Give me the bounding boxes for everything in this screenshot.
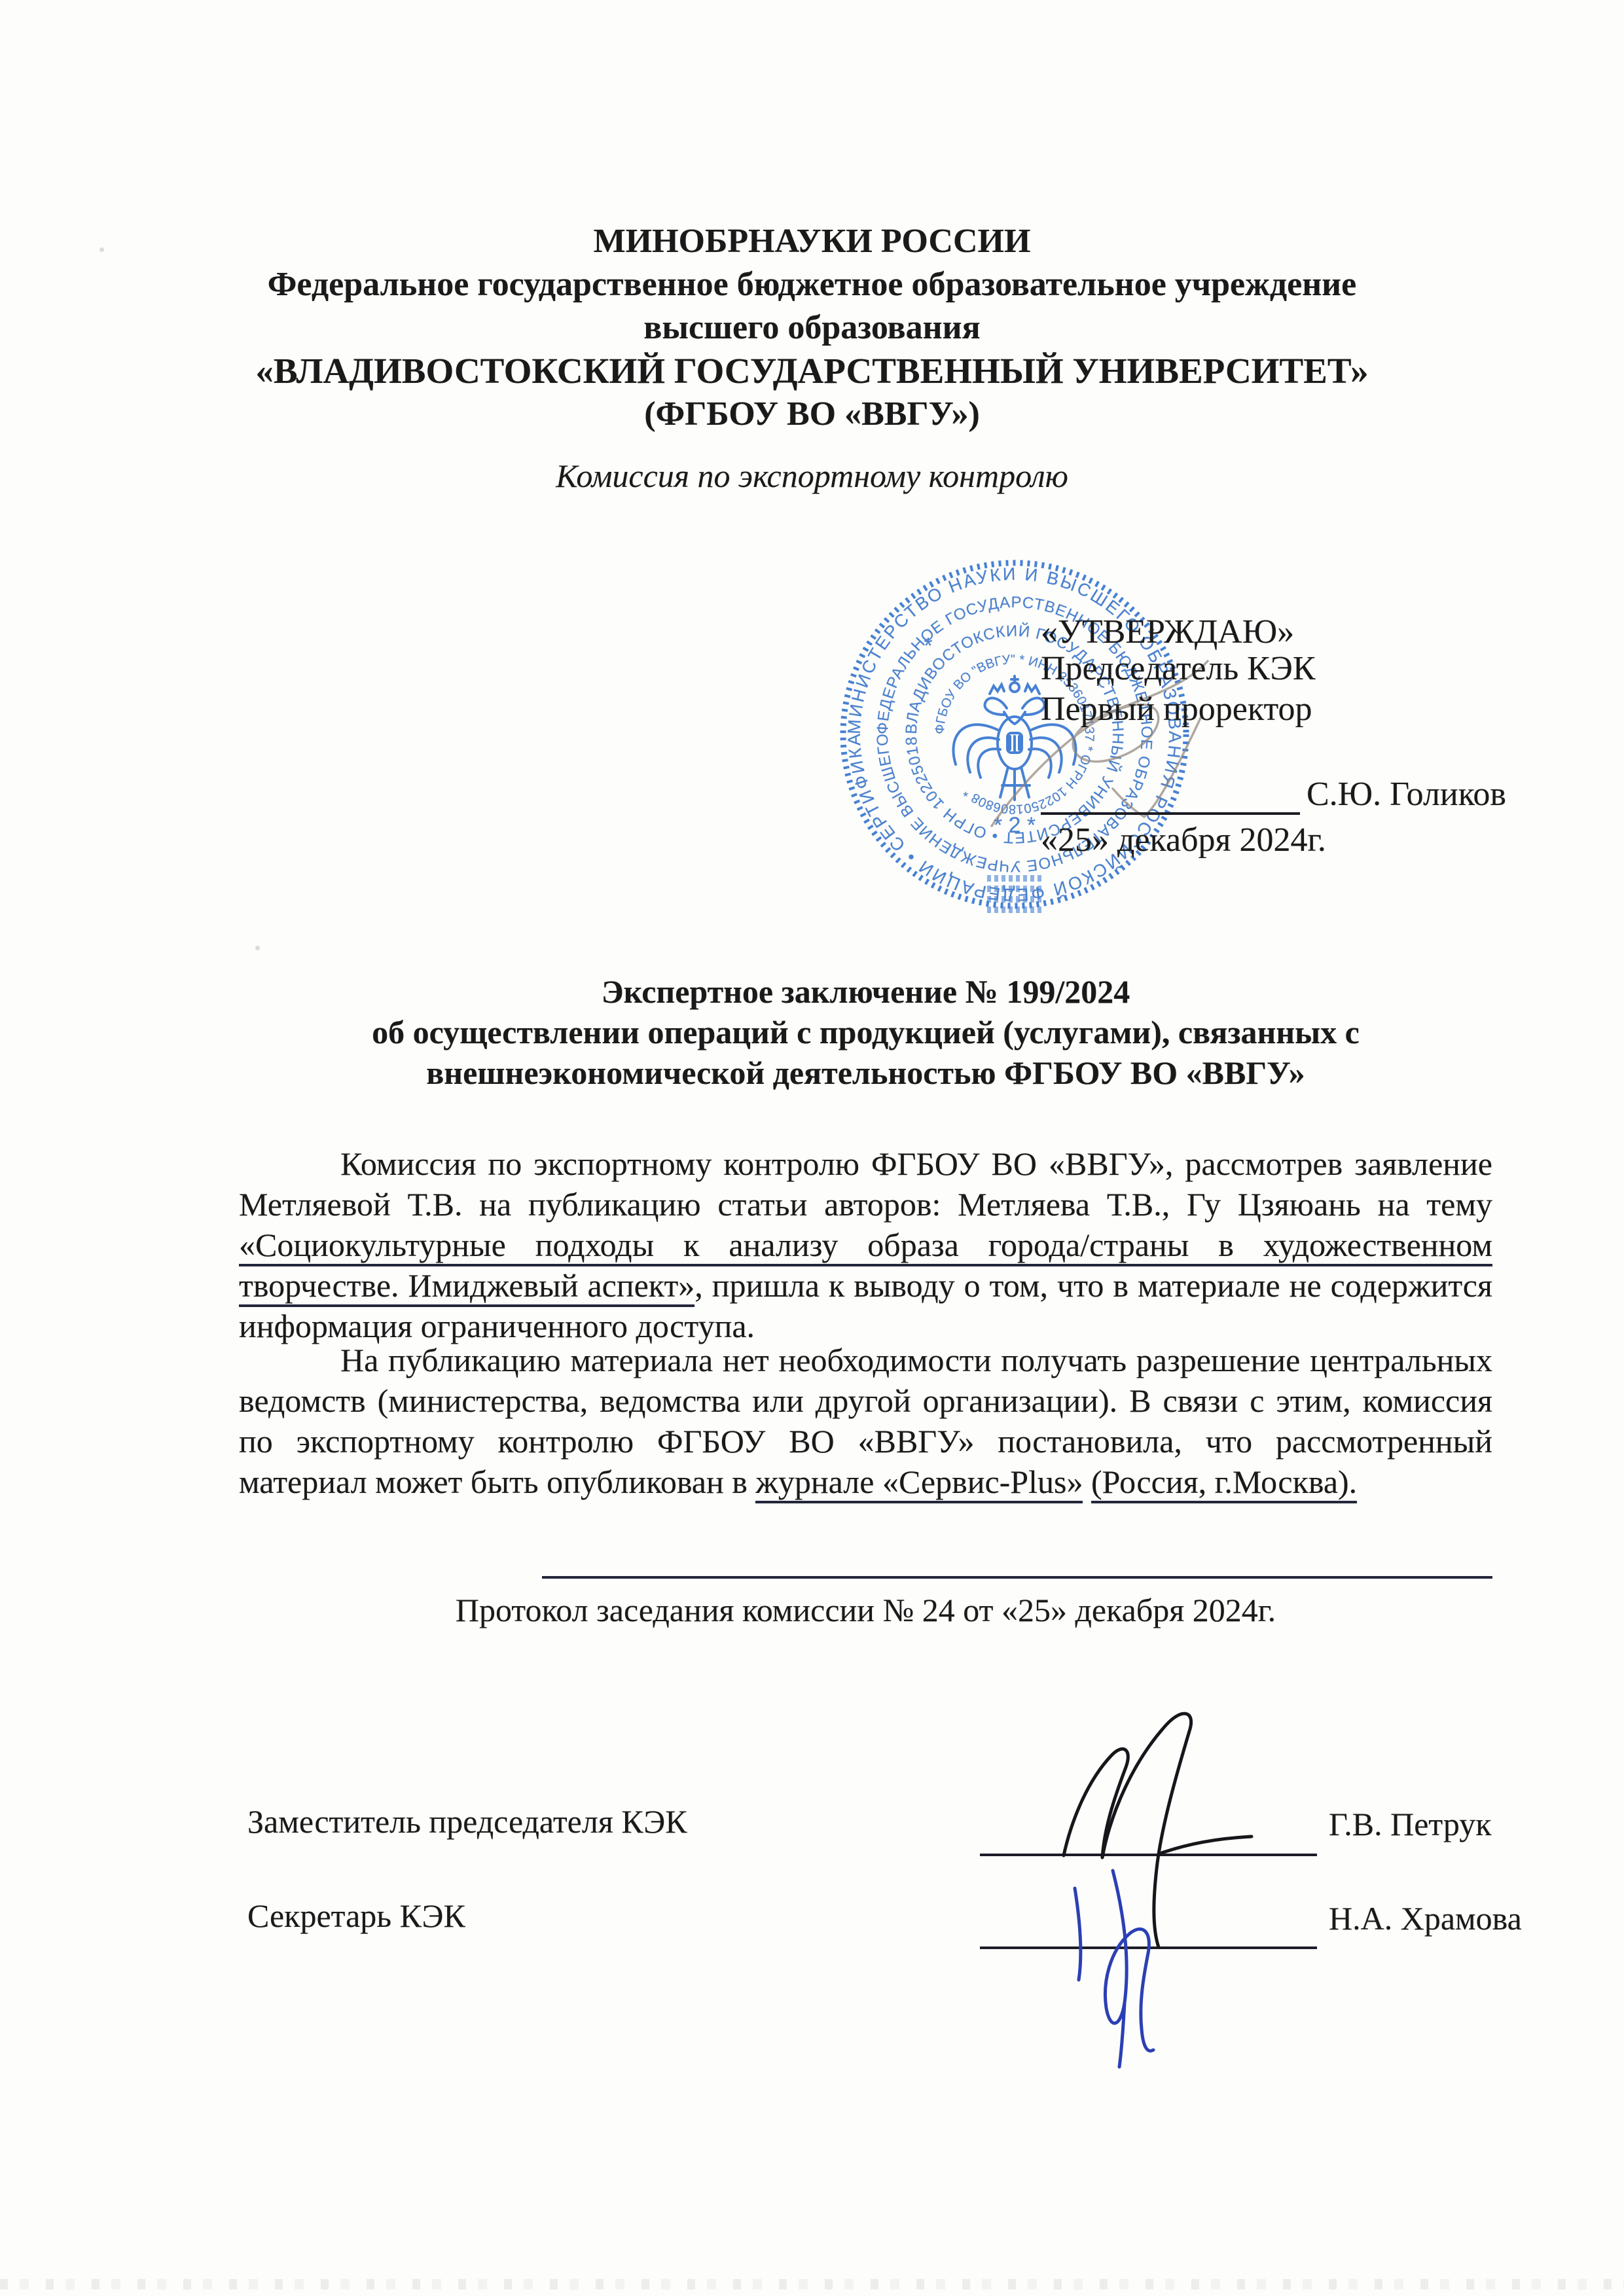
- org-header: МИНОБРНАУКИ РОССИИ Федеральное государст…: [0, 220, 1624, 436]
- ministry-name: МИНОБРНАУКИ РОССИИ: [0, 220, 1624, 263]
- secretary-handwritten-signature: [1075, 1871, 1153, 2067]
- approver-role-1: Председатель КЭК: [1041, 649, 1316, 689]
- org-type-line: Федеральное государственное бюджетное об…: [0, 263, 1624, 306]
- deputy-handwritten-signature: [1064, 1713, 1252, 1947]
- university-round-stamp: МИНИСТЕРСТВО НАУКИ И ВЫСШЕГО ОБРАЗОВАНИЯ…: [818, 537, 1276, 956]
- handwritten-signatures-overlay: [916, 1662, 1388, 2081]
- title-line-1: Экспертное заключение № 199/2024: [239, 971, 1492, 1012]
- title-line-2: об осуществлении операций с продукцией (…: [239, 1012, 1492, 1052]
- stamp-center-mark: * 2 *: [994, 813, 1036, 838]
- commission-subtitle: Комиссия по экспортному контролю: [0, 456, 1624, 496]
- approver-signature-row: С.Ю. Голиков: [1041, 774, 1506, 815]
- university-abbr: (ФГБОУ ВО «ВВГУ»): [0, 393, 1624, 436]
- p1-text-start: Комиссия по экспортному контролю ФГБОУ В…: [239, 1145, 1492, 1223]
- approval-date: «25» декабря 2024г.: [1041, 820, 1326, 861]
- body-paragraph-1: Комиссия по экспортному контролю ФГБОУ В…: [239, 1143, 1492, 1346]
- p2-underlined-journal: журнале «Сервис-Plus»: [755, 1463, 1083, 1503]
- p2-underlined-location: (Россия, г.Москва).: [1091, 1463, 1357, 1503]
- title-line-3: внешнеэкономической деятельностью ФГБОУ …: [239, 1052, 1492, 1093]
- scan-speck: [255, 946, 260, 950]
- document-title: Экспертное заключение № 199/2024 об осущ…: [239, 971, 1492, 1093]
- approve-label: «УТВЕРЖДАЮ»: [1041, 612, 1294, 653]
- body-paragraph-2: На публикацию материала нет необходимост…: [239, 1340, 1492, 1502]
- approver-role-2: Первый проректор: [1041, 689, 1312, 730]
- org-type-line2: высшего образования: [0, 306, 1624, 350]
- trailing-blank-rule: [542, 1576, 1492, 1579]
- approver-signature-line: [1041, 778, 1300, 815]
- scan-edge-noise: [0, 2279, 1624, 2289]
- stamp-side-asterisk: *: [924, 634, 932, 658]
- university-name: «ВЛАДИВОСТОКСКИЙ ГОСУДАРСТВЕННЫЙ УНИВЕРС…: [0, 350, 1624, 393]
- signer-role-deputy: Заместитель председателя КЭК: [247, 1801, 687, 1842]
- scan-speck: [99, 247, 104, 252]
- signer-role-secretary: Секретарь КЭК: [247, 1895, 465, 1936]
- document-page: МИНОБРНАУКИ РОССИИ Федеральное государст…: [0, 0, 1624, 2296]
- p2-space: [1083, 1463, 1091, 1500]
- approver-name: С.Ю. Голиков: [1307, 774, 1506, 815]
- protocol-line: Протокол заседания комиссии № 24 от «25»…: [239, 1590, 1492, 1630]
